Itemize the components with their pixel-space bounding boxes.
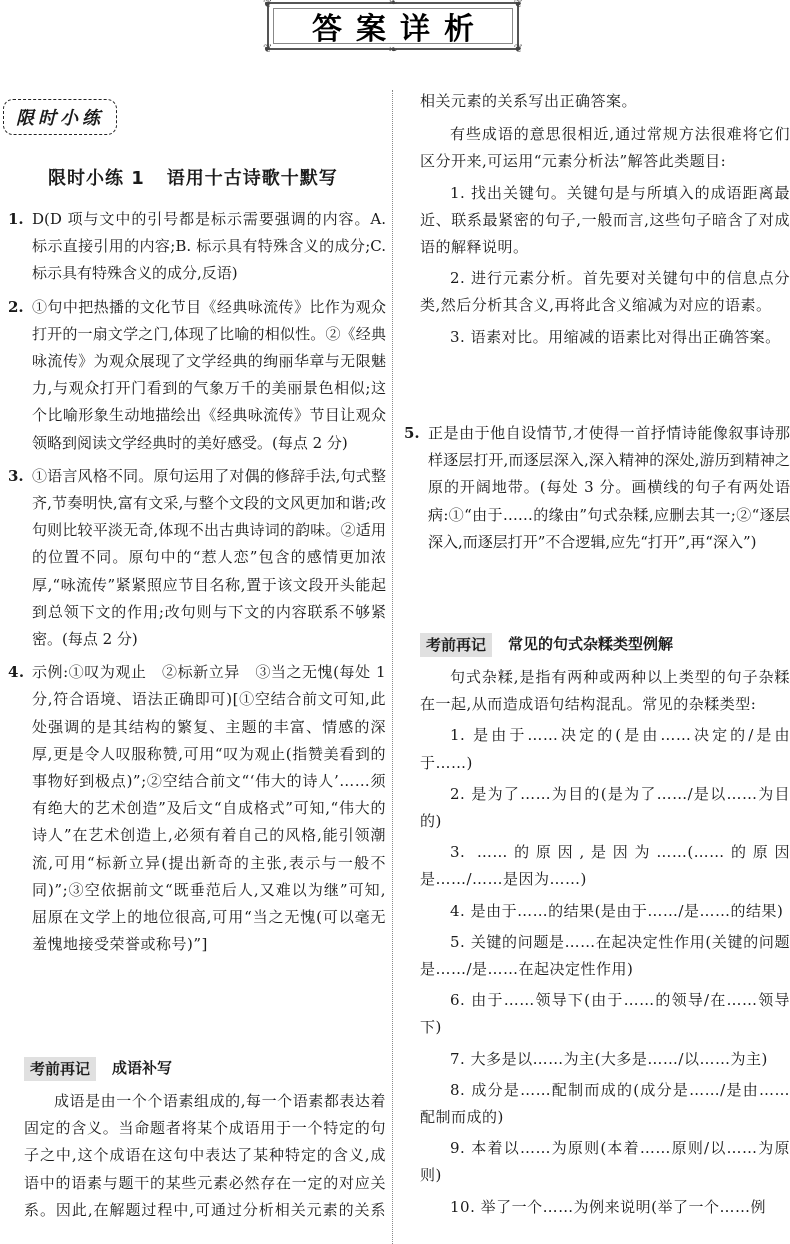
section-title: 限时小练 1语用十古诗歌十默写 [48, 164, 338, 190]
answer-text: 示例:①叹为观止 ②标新立异 ③当之无愧(每处 1 分,符合语境、语法正确即可)… [32, 659, 386, 958]
section-badge: 限时小练 [3, 99, 117, 135]
ornament-icon: ❦ [514, 0, 523, 9]
sentence-type-item: 1. 是由于……决定的(是由……决定的/是由于……) [420, 722, 790, 776]
recall-intro: 句式杂糅,是指有两种或两种以上类型的句子杂糅在一起,从而造成语句结构混乱。常见的… [420, 664, 790, 718]
section-title-prefix: 限时小练 1 [48, 168, 145, 189]
recall-step: 2. 进行元素分析。首先要对关键句中的信息点分类,然后分析其含义,再将此含义缩减… [420, 265, 790, 319]
column-divider [392, 90, 393, 1244]
recall-idiom-section: 考前再记 成语补写 成语是由一个个语素组成的,每一个语素都表达着固定的含义。当命… [24, 1056, 386, 1223]
banner-title: 答案详析 [298, 4, 488, 48]
recall-heading: 考前再记 成语补写 [24, 1056, 386, 1082]
recall-sentence-section: 考前再记 常见的句式杂糅类型例解 句式杂糅,是指有两种或两种以上类型的句子杂糅在… [420, 632, 790, 1221]
sentence-type-item: 6. 由于……领导下(由于……的领导/在……领导下) [420, 987, 790, 1041]
recall-paragraph: 成语是由一个个语素组成的,每一个语素都表达着固定的含义。当命题者将某个成语用于一… [24, 1088, 386, 1223]
answer-item: 5. 正是由于他自设情节,才使得一首抒情诗能像叙事诗那样逐层打开,而逐层深入,深… [404, 420, 790, 556]
sentence-type-item: 7. 大多是以……为主(大多是……/以……为主) [420, 1046, 790, 1073]
recall-body: 句式杂糅,是指有两种或两种以上类型的句子杂糅在一起,从而造成语句结构混乱。常见的… [420, 664, 790, 1221]
answer-number: 3. [8, 463, 32, 653]
sentence-type-item: 2. 是为了……为目的(是为了……/是以……为目的) [420, 781, 790, 835]
recall-tag: 考前再记 [24, 1057, 96, 1081]
ornament-icon: ❦ [263, 43, 272, 54]
answer-item: 3. ①语言风格不同。原句运用了对偶的修辞手法,句式整齐,节奏明快,富有文采,与… [8, 463, 386, 653]
sentence-type-item: 8. 成分是……配制而成的(成分是……/是由……配制而成的) [420, 1077, 790, 1131]
answer-item: 4. 示例:①叹为观止 ②标新立异 ③当之无愧(每处 1 分,符合语境、语法正确… [8, 659, 386, 958]
answer-text: D(D 项与文中的引号都是标示需要强调的内容。A. 标示直接引用的内容;B. 标… [32, 206, 386, 288]
ornament-icon: ❦ [514, 43, 523, 54]
answer-list: 1. D(D 项与文中的引号都是标示需要强调的内容。A. 标示直接引用的内容;B… [8, 206, 386, 958]
answer-text: 正是由于他自设情节,才使得一首抒情诗能像叙事诗那样逐层打开,而逐层深入,深入精神… [428, 420, 790, 556]
recall-heading: 考前再记 常见的句式杂糅类型例解 [420, 632, 790, 658]
sentence-type-item: 3. ……的原因,是因为……(……的原因是……/……是因为……) [420, 839, 790, 893]
answer-list-continued: 5. 正是由于他自设情节,才使得一首抒情诗能像叙事诗那样逐层打开,而逐层深入,深… [404, 420, 790, 556]
answer-number: 1. [8, 206, 32, 288]
recall-step: 3. 语素对比。用缩减的语素比对得出正确答案。 [420, 324, 790, 351]
sentence-type-item: 10. 举了一个……为例来说明(举了一个……例 [420, 1194, 790, 1221]
sentence-type-item: 5. 关键的问题是……在起决定性作用(关键的问题是……/是……在起决定性作用) [420, 929, 790, 983]
ornament-icon: ❦ [263, 0, 272, 9]
recall-step: 1. 找出关键句。关键句是与所填入的成语距离最近、联系最紧密的句子,一般而言,这… [420, 180, 790, 262]
sentence-type-item: 4. 是由于……的结果(是由于……/是……的结果) [420, 898, 790, 925]
answer-number: 2. [8, 294, 32, 457]
recall-idiom-continued: 相关元素的关系写出正确答案。 有些成语的意思很相近,通过常规方法很难将它们区分开… [420, 88, 790, 351]
recall-title: 常见的句式杂糅类型例解 [508, 631, 673, 658]
answer-number: 5. [404, 420, 428, 556]
section-title-suffix: 语用十古诗歌十默写 [167, 168, 338, 189]
answer-text: ①句中把热播的文化节目《经典咏流传》比作为观众打开的一扇文学之门,体现了比喻的相… [32, 294, 386, 457]
answer-item: 1. D(D 项与文中的引号都是标示需要强调的内容。A. 标示直接引用的内容;B… [8, 206, 386, 288]
answer-text: ①语言风格不同。原句运用了对偶的修辞手法,句式整齐,节奏明快,富有文采,与整个文… [32, 463, 386, 653]
sentence-type-item: 9. 本着以……为原则(本着……原则/以……为原则) [420, 1135, 790, 1189]
recall-tag: 考前再记 [420, 633, 492, 657]
answer-item: 2. ①句中把热播的文化节目《经典咏流传》比作为观众打开的一扇文学之门,体现了比… [8, 294, 386, 457]
answer-number: 4. [8, 659, 32, 958]
recall-title: 成语补写 [112, 1055, 172, 1082]
recall-paragraph-tail: 相关元素的关系写出正确答案。 [420, 88, 790, 115]
recall-paragraph: 有些成语的意思很相近,通过常规方法很难将它们区分开来,可运用“元素分析法”解答此… [420, 121, 790, 175]
page-banner: ❦ ❦ ❦ ❦ ❧ ❧ 答案详析 [267, 2, 519, 50]
